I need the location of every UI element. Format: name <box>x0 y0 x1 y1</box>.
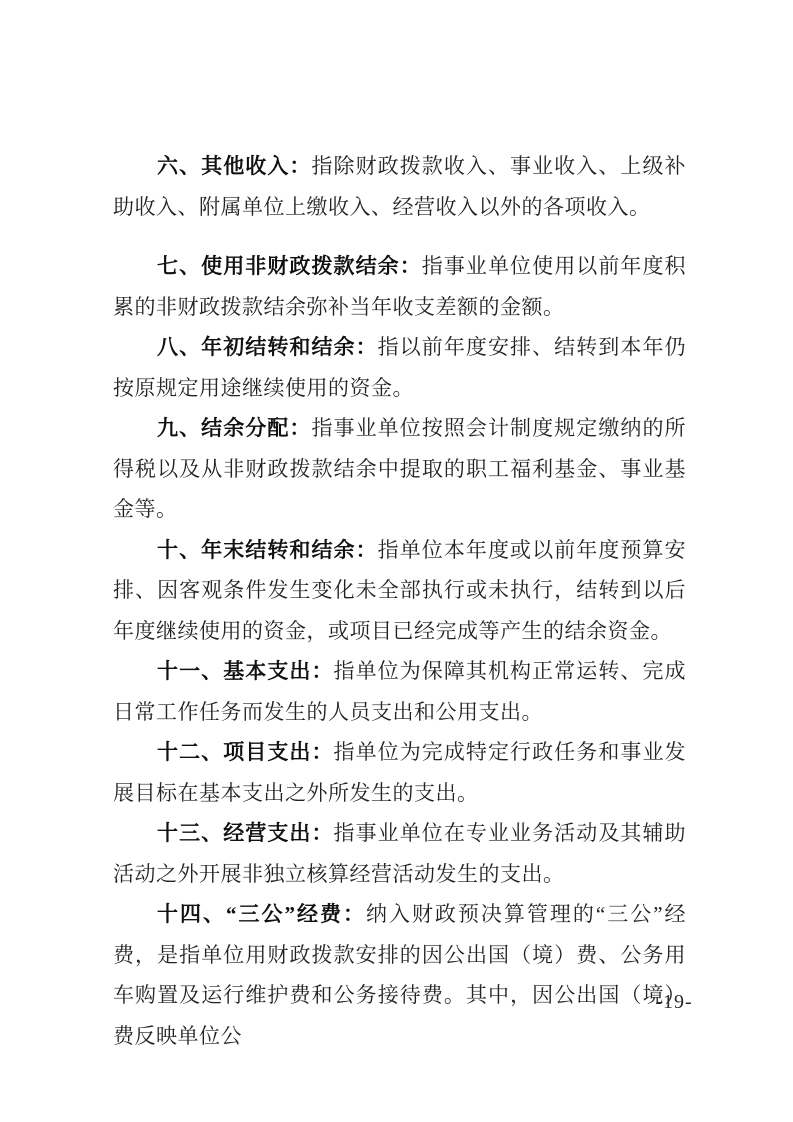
definition-paragraph: 十一、基本支出：指单位为保障其机构正常运转、完成日常工作任务而发生的人员支出和公… <box>113 651 686 732</box>
definition-paragraph: 七、使用非财政拨款结余：指事业单位使用以前年度积累的非财政拨款结余弥补当年收支差… <box>113 246 686 327</box>
definition-paragraph: 十、年末结转和结余：指单位本年度或以前年度预算安排、因客观条件发生变化未全部执行… <box>113 530 686 652</box>
term-label: 十二、项目支出： <box>157 740 334 764</box>
term-label: 十一、基本支出： <box>157 659 334 683</box>
definition-paragraph: 六、其他收入：指除财政拨款收入、事业收入、上级补助收入、附属单位上缴收入、经营收… <box>113 146 686 227</box>
term-label: 九、结余分配： <box>157 416 311 440</box>
term-label: 六、其他收入： <box>157 154 311 178</box>
document-page: 六、其他收入：指除财政拨款收入、事业收入、上级补助收入、附属单位上缴收入、经营收… <box>0 0 793 1122</box>
term-label: 十、年末结转和结余： <box>157 538 378 562</box>
document-body: 六、其他收入：指除财政拨款收入、事业收入、上级补助收入、附属单位上缴收入、经营收… <box>113 146 686 1056</box>
definition-paragraph: 十二、项目支出：指单位为完成特定行政任务和事业发展目标在基本支出之外所发生的支出… <box>113 732 686 813</box>
term-label: 八、年初结转和结余： <box>157 335 378 359</box>
term-label: 十四、“三公”经费： <box>157 902 366 926</box>
definition-paragraph: 九、结余分配：指事业单位按照会计制度规定缴纳的所得税以及从非财政拨款结余中提取的… <box>113 408 686 530</box>
term-label: 七、使用非财政拨款结余： <box>157 254 422 278</box>
term-label: 十三、经营支出： <box>157 821 334 845</box>
definition-paragraph: 十三、经营支出：指事业单位在专业业务活动及其辅助活动之外开展非独立核算经营活动发… <box>113 813 686 894</box>
definition-paragraph: 八、年初结转和结余：指以前年度安排、结转到本年仍按原规定用途继续使用的资金。 <box>113 327 686 408</box>
definition-paragraph: 十四、“三公”经费：纳入财政预决算管理的“三公”经费，是指单位用财政拨款安排的因… <box>113 894 686 1056</box>
page-number: -19- <box>638 991 710 1014</box>
